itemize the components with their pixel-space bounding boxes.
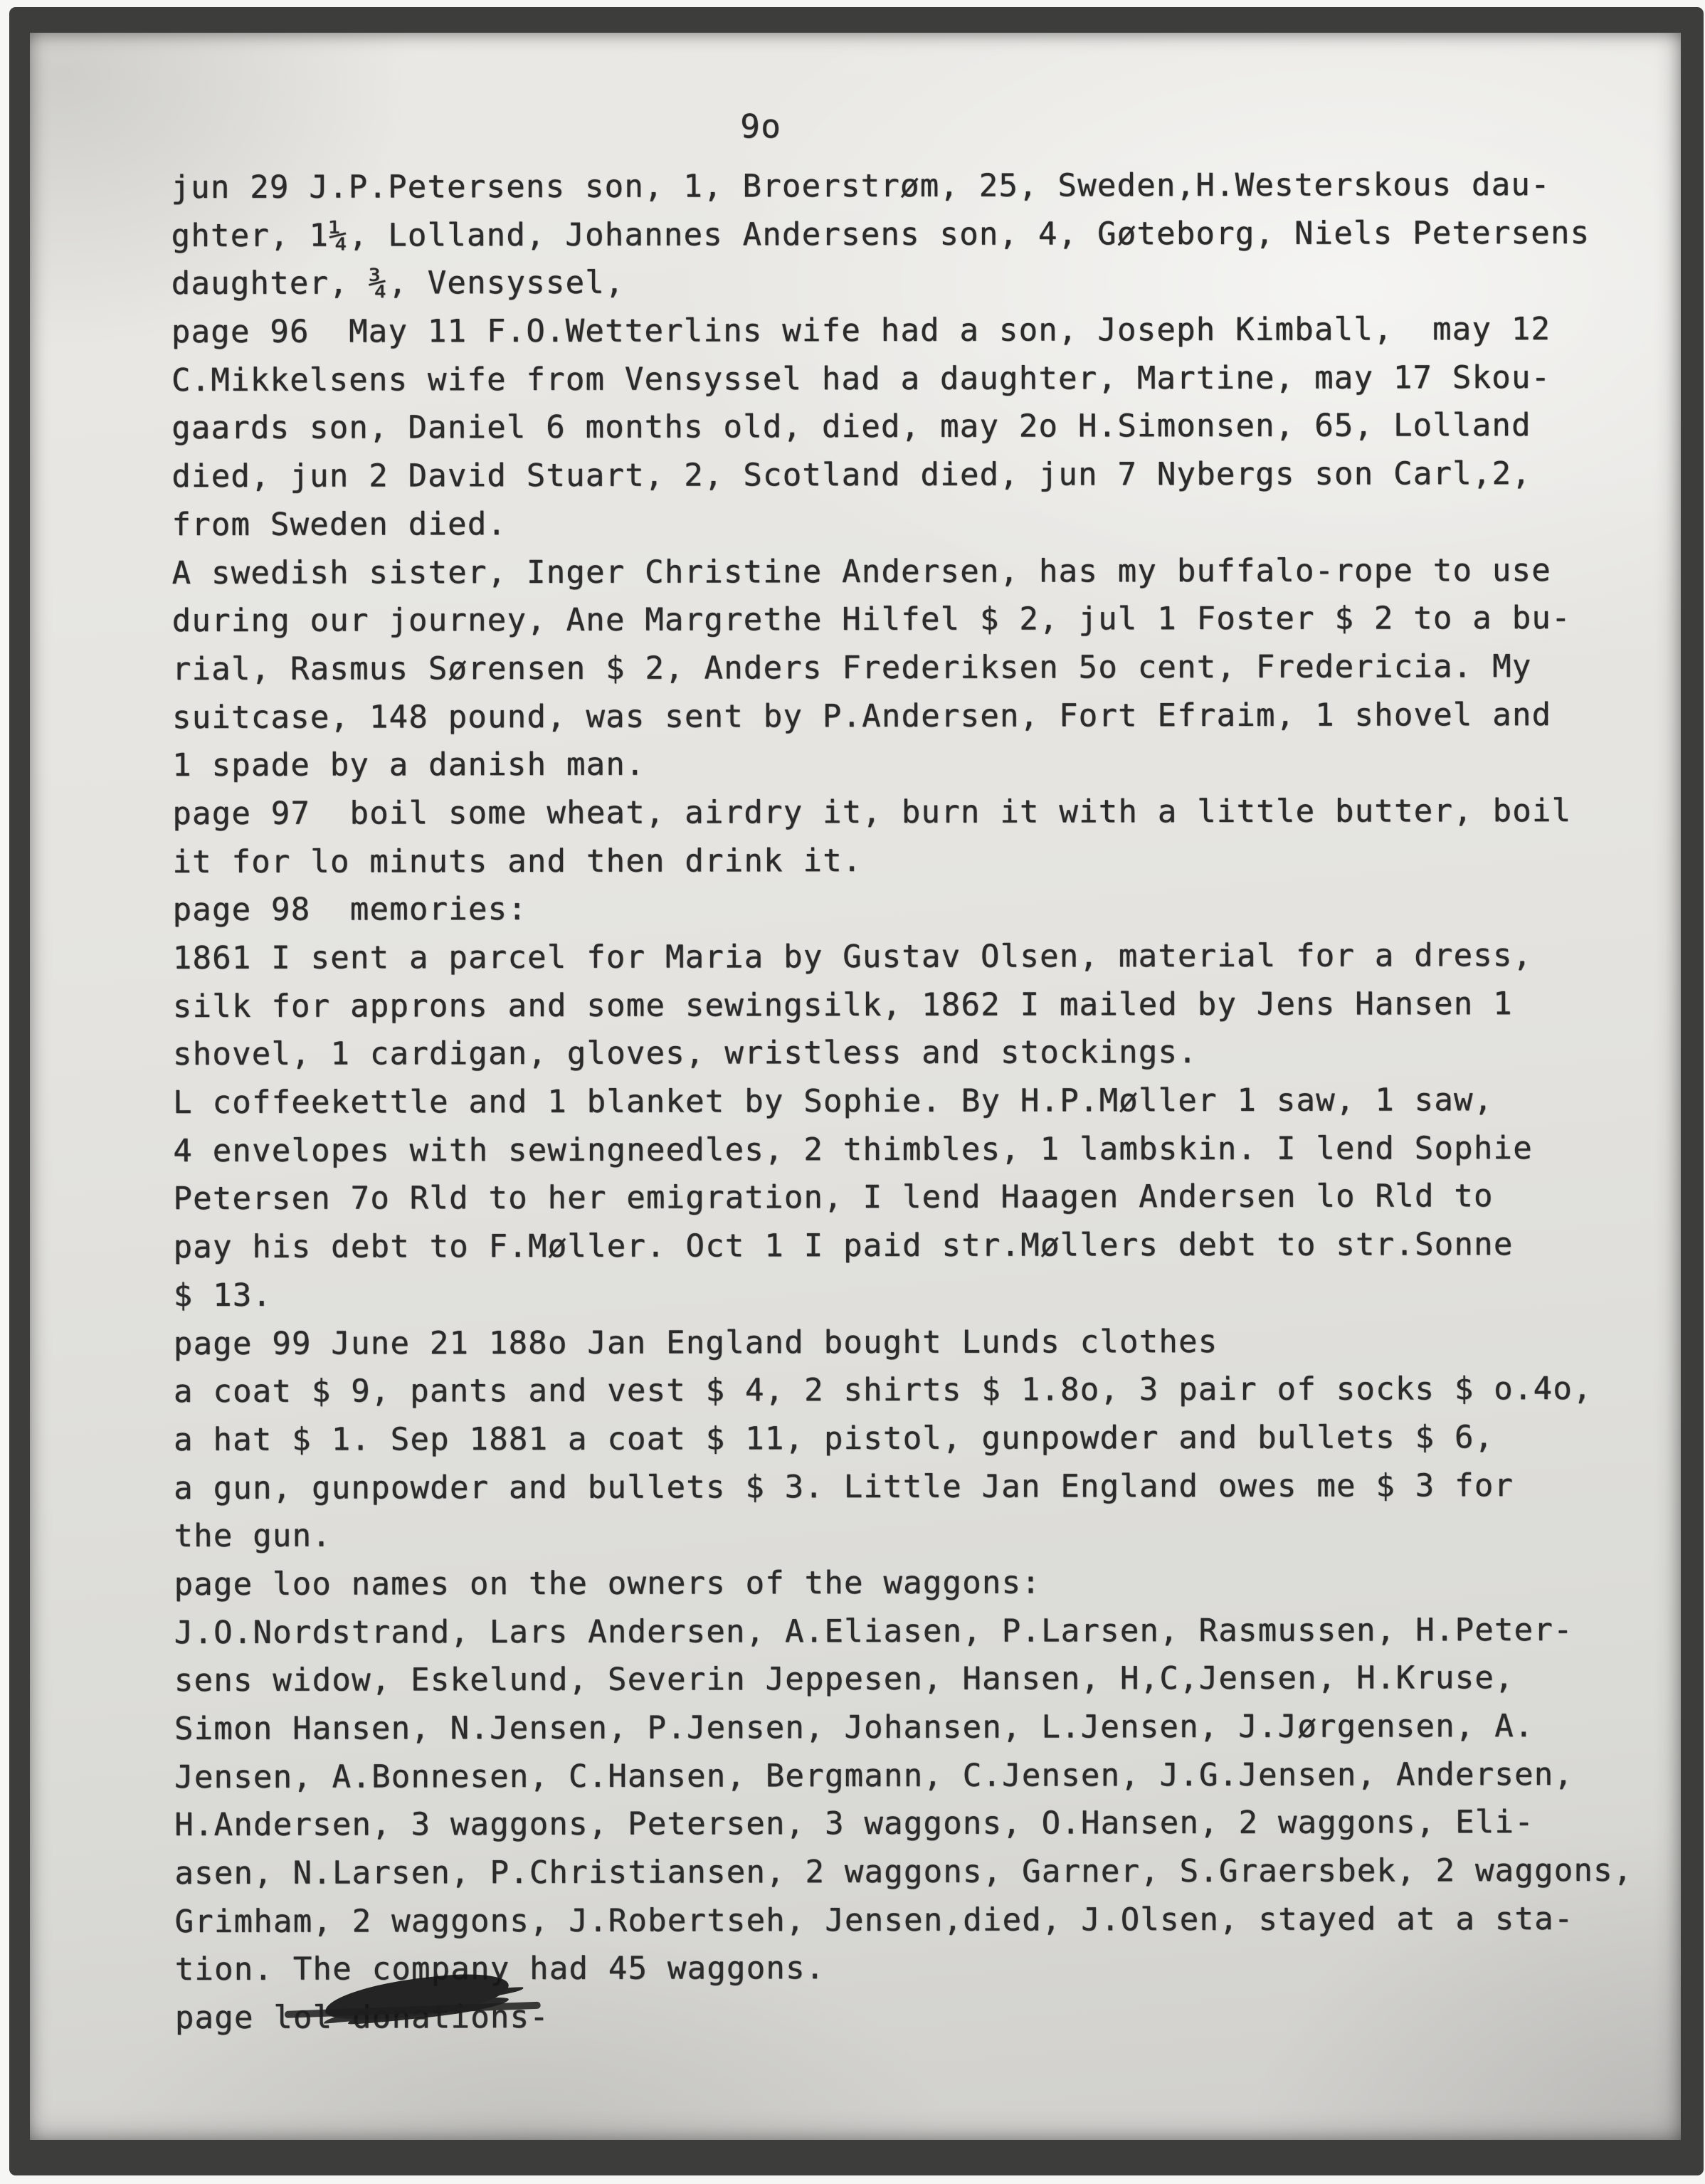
text-line: a hat $ 1. Sep 1881 a coat $ 11, pistol,… <box>174 1413 1668 1464</box>
text-line: gaards son, Daniel 6 months old, died, m… <box>171 401 1666 453</box>
page-number: 9o <box>740 107 781 145</box>
text-line: Grimham, 2 waggons, J.Robertseh, Jensen,… <box>174 1894 1669 1946</box>
text-line: L coffeekettle and 1 blanket by Sophie. … <box>173 1076 1667 1127</box>
text-line: pay his debt to F.Møller. Oct 1 I paid s… <box>174 1220 1668 1272</box>
photo-frame: 9o jun 29 J.P.Petersens son, 1, Broerstr… <box>9 7 1704 2175</box>
text-line: shovel, 1 cardigan, gloves, wristless an… <box>173 1028 1667 1079</box>
typewritten-text: jun 29 J.P.Petersens son, 1, Broerstrøm,… <box>171 161 1669 2042</box>
text-line: a gun, gunpowder and bullets $ 3. Little… <box>174 1461 1668 1512</box>
text-line: Simon Hansen, N.Jensen, P.Jensen, Johans… <box>174 1702 1669 1753</box>
text-line: daughter, ¾, Vensyssel, <box>171 257 1666 308</box>
text-line: page 97 boil some wheat, airdry it, burn… <box>172 787 1667 838</box>
page-content: 9o jun 29 J.P.Petersens son, 1, Broerstr… <box>30 31 1685 2142</box>
document-page: 9o jun 29 J.P.Petersens son, 1, Broerstr… <box>30 33 1681 2140</box>
text-line: 1 spade by a danish man. <box>172 739 1667 790</box>
text-line: $ 13. <box>174 1268 1668 1319</box>
text-line: H.Andersen, 3 waggons, Petersen, 3 waggo… <box>174 1798 1669 1850</box>
text-line: Petersen 7o Rld to her emigration, I len… <box>173 1172 1667 1223</box>
text-line: during our journey, Ane Margrethe Hilfel… <box>172 594 1667 645</box>
text-line: page 99 June 21 188o Jan England bought … <box>174 1317 1668 1368</box>
text-line: jun 29 J.P.Petersens son, 1, Broerstrøm,… <box>171 161 1665 212</box>
text-line: page 96 May 11 F.O.Wetterlins wife had a… <box>171 305 1666 357</box>
text-line: the gun. <box>174 1509 1668 1561</box>
text-line: page 98 memories: <box>173 883 1667 934</box>
text-line: page loo names on the owners of the wagg… <box>174 1558 1668 1609</box>
text-line: a coat $ 9, pants and vest $ 4, 2 shirts… <box>174 1365 1668 1416</box>
text-line: ghter, 1¼, Lolland, Johannes Andersens s… <box>171 209 1666 260</box>
text-line: 1861 I sent a parcel for Maria by Gustav… <box>173 932 1667 983</box>
text-line: rial, Rasmus Sørensen $ 2, Anders Freder… <box>172 642 1667 693</box>
text-line: 4 envelopes with sewingneedles, 2 thimbl… <box>173 1124 1667 1175</box>
text-line: J.O.Nordstrand, Lars Andersen, A.Eliasen… <box>174 1605 1669 1657</box>
text-line: from Sweden died. <box>171 497 1666 549</box>
text-line: asen, N.Larsen, P.Christiansen, 2 waggon… <box>174 1847 1669 1898</box>
text-line: silk for approns and some sewingsilk, 18… <box>173 979 1667 1030</box>
text-line: suitcase, 148 pound, was sent by P.Ander… <box>172 690 1667 742</box>
text-line: died, jun 2 David Stuart, 2, Scotland di… <box>171 450 1666 501</box>
text-line: C.Mikkelsens wife from Vensyssel had a d… <box>171 353 1666 404</box>
text-line: Jensen, A.Bonnesen, C.Hansen, Bergmann, … <box>174 1750 1669 1801</box>
text-line: sens widow, Eskelund, Severin Jeppesen, … <box>174 1654 1669 1705</box>
text-line: it for lo minuts and then drink it. <box>172 835 1667 886</box>
text-line: A swedish sister, Inger Christine Anders… <box>172 546 1667 597</box>
